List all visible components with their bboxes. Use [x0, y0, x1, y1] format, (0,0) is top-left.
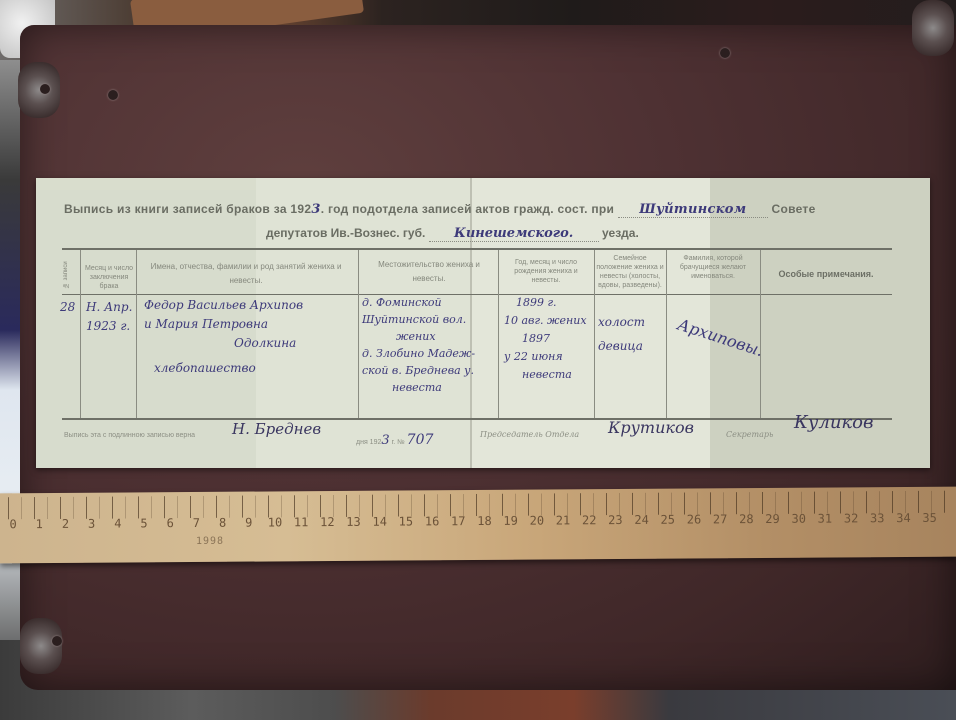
bride-label: невеста	[504, 366, 587, 384]
ruler-number: 7	[183, 516, 209, 530]
groom-name: Федор Васильев Архипов	[144, 296, 303, 315]
groom-birth-year: 1899 г.	[504, 294, 587, 312]
issue-date-label: дня 1923 г. № 707	[356, 432, 433, 448]
title-line2-prefix: депутатов Ив.-Вознес. губ.	[266, 226, 425, 240]
ruler-number: 20	[524, 513, 550, 527]
column-header-marital-status: Семейное положение жениха и невесты (хол…	[596, 254, 664, 290]
column-divider	[498, 250, 499, 418]
ruler-number: 31	[812, 511, 838, 525]
chairman-label: Председатель Отдела	[480, 430, 579, 439]
ruler-marking: 1998	[196, 536, 224, 547]
title-line2-suffix: уезда.	[602, 226, 639, 240]
column-header-marriage-date: Месяц и число заключения брака	[82, 264, 136, 291]
ruler-number: 28	[733, 512, 759, 526]
ruler-number: 5	[131, 516, 157, 530]
suitcase-rivet	[720, 48, 730, 58]
column-header-birth-date: Год, месяц и число рождения жениха и нев…	[500, 258, 592, 285]
marriage-date-day-month: Н. Апр.	[86, 298, 132, 317]
ruler-number: 17	[445, 514, 471, 528]
ruler-number: 12	[314, 515, 340, 529]
ruler-number: 24	[629, 513, 655, 527]
suitcase-corner-bottom-left	[20, 618, 62, 674]
ruler-number: 9	[236, 516, 262, 530]
bride-marital-status: девица	[598, 334, 645, 358]
table-header-bottom-border	[62, 294, 892, 295]
marriage-record-document: Выпись из книги записей браков за 1923. …	[36, 178, 930, 468]
bride-label: невеста	[362, 379, 475, 396]
ruler-number: 16	[419, 514, 445, 528]
bride-surname: Одолкина	[144, 334, 303, 353]
groom-residence-line-2: Шуйтинской вол.	[362, 311, 475, 328]
handwritten-date-year: 3	[381, 433, 389, 448]
date-label-prefix: дня 192	[356, 439, 381, 446]
suitcase-rivet	[40, 84, 50, 94]
column-header-record-number: № записи	[62, 260, 80, 290]
ruler-number: 14	[367, 515, 393, 529]
ruler-number: 8	[210, 516, 236, 530]
ruler-number: 32	[838, 511, 864, 525]
ruler-number: 26	[681, 512, 707, 526]
certified-label: Выпись эта с подлинною записью верна	[64, 432, 195, 439]
column-header-chosen-surname: Фамилия, которой брачущиеся желают имено…	[668, 254, 758, 281]
ruler-number: 1	[26, 517, 52, 531]
handwritten-year: 3	[311, 202, 320, 217]
ruler-number: 3	[79, 517, 105, 531]
record-number: 28	[60, 298, 75, 317]
bride-residence-line-1: д. Злобино Мадеж-	[362, 345, 475, 362]
title-prefix: Выпись из книги записей браков за 192	[64, 202, 311, 216]
ruler-number: 10	[262, 515, 288, 529]
secretary-label: Секретарь	[726, 430, 773, 439]
ruler-number: 29	[759, 512, 785, 526]
column-divider	[136, 250, 137, 418]
column-header-names: Имена, отчества, фамилии и род занятий ж…	[146, 260, 346, 288]
birth-dates: 1899 г. 10 авг. жених 1897 у 22 июня нев…	[504, 294, 587, 384]
secretary-signature: Куликов	[794, 412, 874, 433]
wooden-ruler: 0123456789101112131415161718192021222324…	[0, 487, 956, 564]
ruler-number: 25	[655, 513, 681, 527]
ruler-number: 27	[707, 512, 733, 526]
ruler-number: 2	[52, 517, 78, 531]
column-divider	[358, 250, 359, 418]
document-title-line-1: Выпись из книги записей браков за 1923. …	[64, 202, 816, 218]
chairman-signature: Крутиков	[608, 418, 694, 437]
bride-birth-year: 1897	[504, 330, 587, 348]
occupation: хлебопашество	[144, 359, 303, 378]
groom-label: жених	[362, 328, 475, 345]
suitcase-corner-top-left	[18, 62, 60, 118]
column-header-special-notes: Особые примечания.	[766, 270, 886, 279]
handwritten-council-name: Шуйтинском	[618, 202, 768, 218]
ruler-number: 19	[498, 514, 524, 528]
groom-marital-status: холост	[598, 310, 645, 334]
marriage-date: Н. Апр. 1923 г.	[86, 298, 132, 336]
ruler-number: 34	[890, 511, 916, 525]
bride-birth-date: у 22 июня	[504, 348, 587, 366]
ruler-number: 6	[157, 516, 183, 530]
table-top-border	[62, 248, 892, 250]
column-divider	[666, 250, 667, 418]
ruler-number: 33	[864, 511, 890, 525]
ruler-number: 13	[340, 515, 366, 529]
suitcase-corner-top-right	[912, 0, 954, 56]
suitcase-rivet	[108, 90, 118, 100]
document-number: 707	[407, 432, 434, 448]
suitcase-rivet	[52, 636, 62, 646]
ruler-number: 21	[550, 513, 576, 527]
title-middle: . год подотдела записей актов гражд. сос…	[321, 202, 615, 216]
ruler-number: 30	[786, 512, 812, 526]
ruler-number: 23	[602, 513, 628, 527]
clerk-signature: Н. Бреднев	[232, 420, 321, 438]
bride-residence-line-2: ской в. Бреднева у.	[362, 362, 475, 379]
ruler-number: 18	[471, 514, 497, 528]
table-bottom-border	[62, 418, 892, 420]
ruler-number: 15	[393, 514, 419, 528]
bride-name: и Мария Петровна	[144, 315, 303, 334]
ruler-number: 4	[105, 516, 131, 530]
ruler-number: 35	[917, 511, 943, 525]
title-suffix: Совете	[772, 202, 816, 216]
column-divider	[80, 250, 81, 418]
names-and-occupation: Федор Васильев Архипов и Мария Петровна …	[144, 296, 303, 378]
ruler-number: 0	[0, 517, 26, 531]
document-title-line-2: депутатов Ив.-Вознес. губ. Кинешемского.…	[266, 226, 639, 242]
handwritten-uezd-name: Кинешемского.	[429, 226, 599, 242]
ruler-number: 22	[576, 513, 602, 527]
background-clutter-left	[0, 60, 22, 660]
column-header-residence: Местожительство жениха и невесты.	[364, 258, 494, 286]
number-label: г. №	[392, 439, 405, 446]
groom-birth-date: 10 авг. жених	[504, 312, 587, 330]
residence: д. Фоминской Шуйтинской вол. жених д. Зл…	[362, 294, 475, 396]
groom-residence-line-1: д. Фоминской	[362, 294, 475, 311]
column-divider	[760, 250, 761, 418]
column-divider	[594, 250, 595, 418]
marriage-date-year: 1923 г.	[86, 317, 132, 336]
marital-status: холост девица	[598, 310, 645, 358]
ruler-number: 11	[288, 515, 314, 529]
